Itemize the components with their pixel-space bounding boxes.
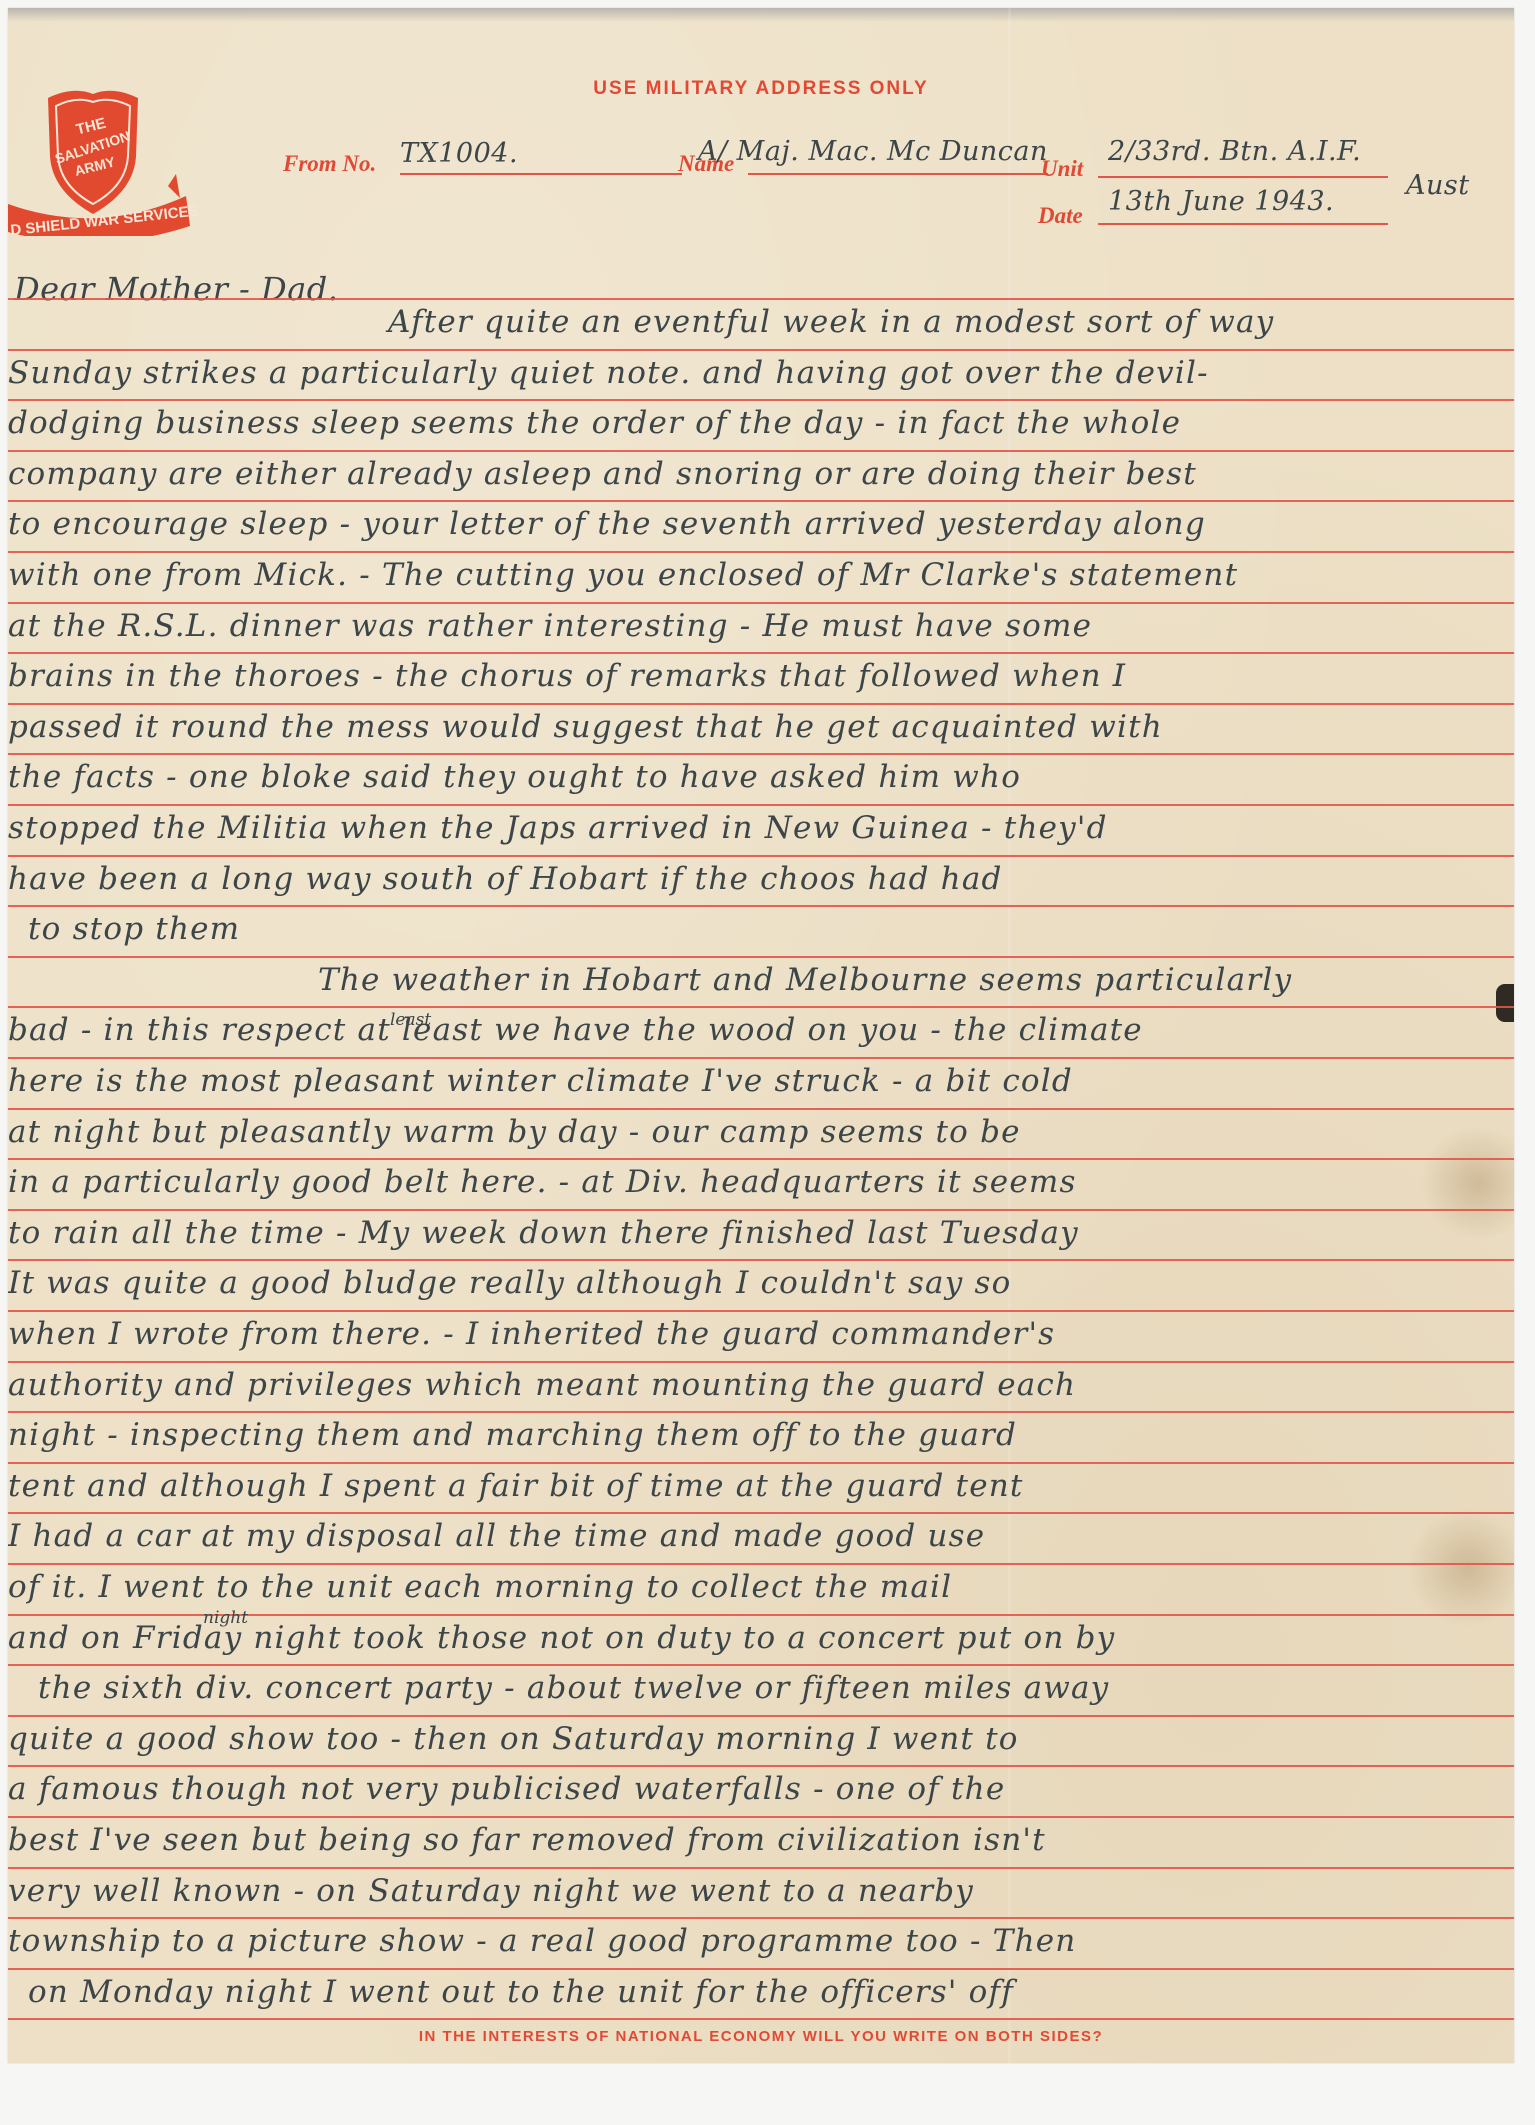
letter-line: with one from Mick. - The cutting you en… [8, 557, 1514, 593]
ruled-line [8, 500, 1514, 502]
from-no-label: From No. [283, 151, 376, 177]
ruled-line [8, 1765, 1514, 1767]
ruled-line [8, 753, 1514, 755]
name-underline [748, 173, 1048, 175]
unit-value: 2/33rd. Btn. A.I.F. [1108, 136, 1361, 167]
ruled-line [8, 1968, 1514, 1970]
letter-line: After quite an eventful week in a modest… [8, 304, 1514, 340]
inserted-word: night [203, 1608, 248, 1628]
ruled-line [8, 804, 1514, 806]
ruled-line [8, 1209, 1514, 1211]
ruled-line [8, 703, 1514, 705]
letter-line: here is the most pleasant winter climate… [8, 1063, 1514, 1099]
ruled-line [8, 1462, 1514, 1464]
ruled-line [8, 1361, 1514, 1363]
letter-line: tent and although I spent a fair bit of … [8, 1468, 1514, 1504]
ruled-line [8, 905, 1514, 907]
letter-line: brains in the thoroes - the chorus of re… [8, 658, 1514, 694]
letter-line: quite a good show too - then on Saturday… [8, 1721, 1514, 1757]
ruled-line [8, 1816, 1514, 1818]
ruled-line [8, 1158, 1514, 1160]
letter-line: to rain all the time - My week down ther… [8, 1215, 1514, 1251]
letter-line: on Monday night I went out to the unit f… [8, 1974, 1514, 2010]
top-notice: USE MILITARY ADDRESS ONLY [8, 78, 1514, 100]
letter-line: the facts - one bloke said they ought to… [8, 759, 1514, 795]
letter-line: dodging business sleep seems the order o… [8, 405, 1514, 441]
ruled-line [8, 1310, 1514, 1312]
ruled-line [8, 1867, 1514, 1869]
salutation: Dear Mother - Dad. [14, 270, 338, 308]
ruled-line [8, 1108, 1514, 1110]
letter-line: I had a car at my disposal all the time … [8, 1518, 1514, 1554]
date-underline [1098, 223, 1388, 225]
footer-notice: IN THE INTERESTS OF NATIONAL ECONOMY WIL… [8, 2028, 1514, 2045]
letter-line: to stop them [8, 911, 1514, 947]
letter-line: township to a picture show - a real good… [8, 1923, 1514, 1959]
inserted-word: least [390, 1010, 431, 1030]
letter-line: at night but pleasantly warm by day - ou… [8, 1114, 1514, 1150]
ruled-line [8, 551, 1514, 553]
unit-value-suffix: Aust [1406, 170, 1470, 201]
unit-label: Unit [1041, 156, 1083, 182]
letter-page: USE MILITARY ADDRESS ONLY THE SALVATION … [8, 8, 1514, 2063]
ruled-line [8, 1006, 1514, 1008]
letter-line: company are either already asleep and sn… [8, 456, 1514, 492]
ruled-line [8, 1512, 1514, 1514]
letter-line: to encourage sleep - your letter of the … [8, 506, 1514, 542]
from-no-underline [400, 173, 682, 175]
unit-underline [1098, 176, 1388, 178]
ruled-line [8, 855, 1514, 857]
letter-line: the sixth div. concert party - about twe… [8, 1670, 1514, 1706]
letter-line: bad - in this respect at least we have t… [8, 1012, 1514, 1048]
ruled-line [8, 1411, 1514, 1413]
ruled-line [8, 956, 1514, 958]
ruled-line [8, 349, 1514, 351]
ruled-line [8, 2018, 1514, 2020]
ruled-line [8, 602, 1514, 604]
letter-line: very well known - on Saturday night we w… [8, 1873, 1514, 1909]
ruled-line [8, 450, 1514, 452]
ruled-line [8, 1664, 1514, 1666]
ruled-line [8, 1259, 1514, 1261]
ruled-line [8, 1057, 1514, 1059]
ruled-line [8, 1715, 1514, 1717]
date-value: 13th June 1943. [1108, 186, 1334, 217]
letter-line: in a particularly good belt here. - at D… [8, 1164, 1514, 1200]
name-value: A/ Maj. Mac. Mc Duncan [698, 136, 1048, 167]
ruled-line [8, 652, 1514, 654]
letter-line: at the R.S.L. dinner was rather interest… [8, 608, 1514, 644]
letter-line: when I wrote from there. - I inherited t… [8, 1316, 1514, 1352]
letter-line: Sunday strikes a particularly quiet note… [8, 355, 1514, 391]
letter-line: best I've seen but being so far removed … [8, 1822, 1514, 1858]
letter-line: night - inspecting them and marching the… [8, 1417, 1514, 1453]
ruled-line [8, 1917, 1514, 1919]
from-no-value: TX1004. [400, 138, 518, 169]
letter-line: It was quite a good bludge really althou… [8, 1265, 1514, 1301]
salvation-army-logo: THE SALVATION ARMY D SHIELD WAR SERVICES [8, 86, 198, 236]
ruled-line [8, 298, 1514, 300]
ruled-line [8, 399, 1514, 401]
letter-line: The weather in Hobart and Melbourne seem… [8, 962, 1514, 998]
letter-line: have been a long way south of Hobart if … [8, 861, 1514, 897]
letter-line: passed it round the mess would suggest t… [8, 709, 1514, 745]
letter-line: of it. I went to the unit each morning t… [8, 1569, 1514, 1605]
ruled-line [8, 1563, 1514, 1565]
letter-line: stopped the Militia when the Japs arrive… [8, 810, 1514, 846]
letter-line: authority and privileges which meant mou… [8, 1367, 1514, 1403]
date-label: Date [1038, 203, 1083, 229]
letter-line: a famous though not very publicised wate… [8, 1771, 1514, 1807]
red-shield-icon: THE SALVATION ARMY D SHIELD WAR SERVICES [8, 86, 198, 236]
